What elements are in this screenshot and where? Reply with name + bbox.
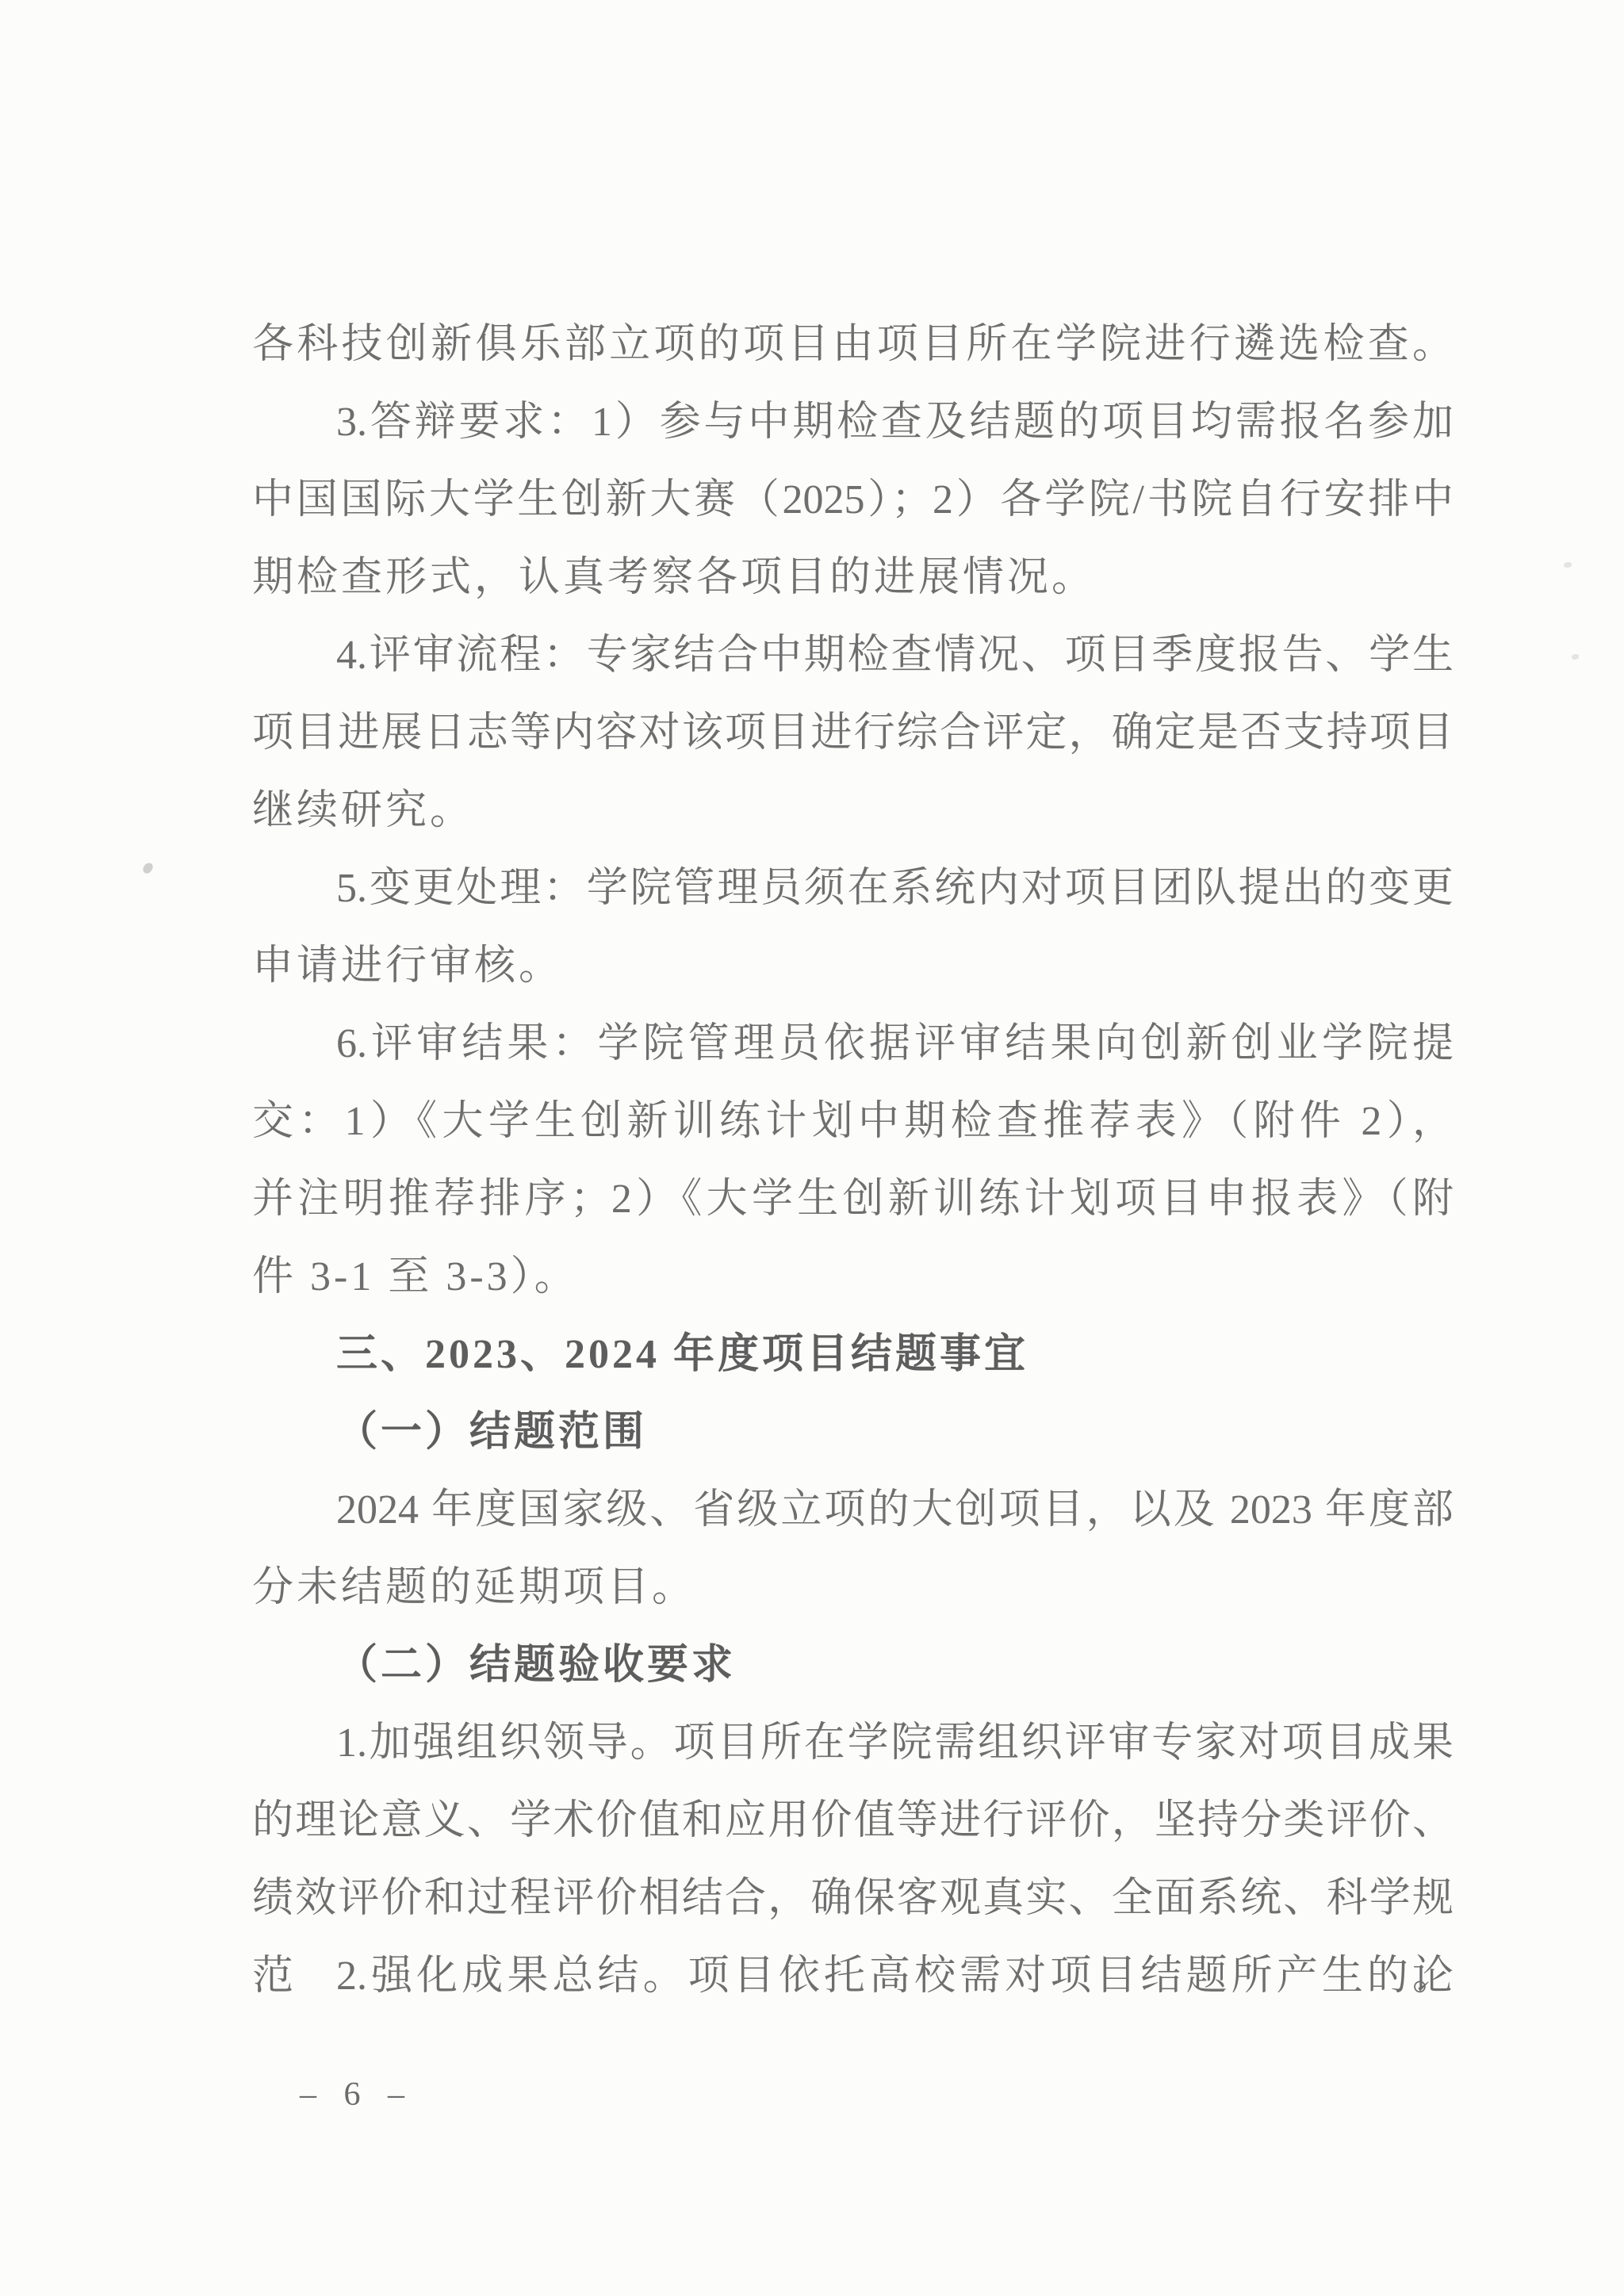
document-page: 各科技创新俱乐部立项的项目由项目所在学院进行遴选检查。3.答辩要求：1）参与中期…: [0, 0, 1624, 2296]
text-line: 期检查形式，认真考察各项目的进展情况。: [252, 539, 1454, 617]
document-body: 各科技创新俱乐部立项的项目由项目所在学院进行遴选检查。3.答辩要求：1）参与中期…: [252, 306, 1454, 2015]
text-line: 4.评审流程：专家结合中期检查情况、项目季度报告、学生: [252, 617, 1454, 695]
scan-speck: [142, 861, 155, 874]
text-line: 分未结题的延期项目。: [252, 1549, 1454, 1627]
text-line: 并注明推荐排序；2）《大学生创新训练计划项目申报表》（附: [252, 1161, 1454, 1238]
text-line: 继续研究。: [252, 772, 1454, 850]
text-line: 申请进行审核。: [252, 928, 1454, 1005]
text-line: 1.加强组织领导。项目所在学院需组织评审专家对项目成果: [252, 1705, 1454, 1782]
text-line: 件 3-1 至 3-3）。: [252, 1238, 1454, 1316]
heading-line: 三、2023、2024 年度项目结题事宜: [252, 1316, 1454, 1394]
text-line: 项目进展日志等内容对该项目进行综合评定，确定是否支持项目: [252, 695, 1454, 772]
text-line: 交：1）《大学生创新训练计划中期检查推荐表》（附件 2），: [252, 1083, 1454, 1161]
text-line: 2024 年度国家级、省级立项的大创项目，以及 2023 年度部: [252, 1471, 1454, 1549]
text-line: 2.强化成果总结。项目依托高校需对项目结题所产生的论: [252, 1938, 1454, 2015]
scan-speck: [1572, 654, 1579, 660]
text-line: 6.评审结果：学院管理员依据评审结果向创新创业学院提: [252, 1005, 1454, 1083]
heading-line: （二）结题验收要求: [252, 1627, 1454, 1705]
text-line: 绩效评价和过程评价相结合，确保客观真实、全面系统、科学规范。: [252, 1860, 1454, 1938]
text-line: 3.答辩要求：1）参与中期检查及结题的项目均需报名参加: [252, 384, 1454, 461]
text-line: 5.变更处理：学院管理员须在系统内对项目团队提出的变更: [252, 850, 1454, 928]
text-line: 的理论意义、学术价值和应用价值等进行评价，坚持分类评价、: [252, 1782, 1454, 1860]
text-line: 各科技创新俱乐部立项的项目由项目所在学院进行遴选检查。: [252, 306, 1454, 384]
page-number: – 6 –: [300, 2071, 414, 2118]
heading-line: （一）结题范围: [252, 1394, 1454, 1471]
scan-speck: [1564, 562, 1572, 568]
text-line: 中国国际大学生创新大赛（2025）；2）各学院/书院自行安排中: [252, 461, 1454, 539]
